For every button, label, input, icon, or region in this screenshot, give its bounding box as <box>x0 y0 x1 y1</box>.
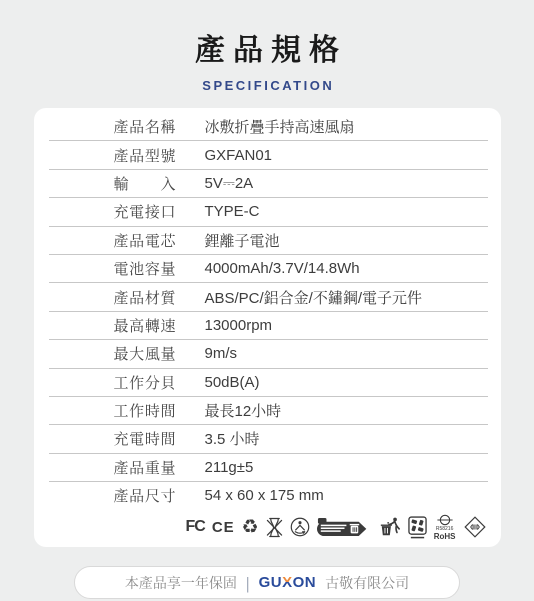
spec-row-model: 產品型號 GXFAN01 <box>49 141 488 169</box>
spec-label: 最大風量 <box>114 343 176 364</box>
warranty-text: 本產品享一年保固 <box>125 573 237 593</box>
brand-on: ON <box>293 574 317 591</box>
rohs-circle-icon <box>436 514 454 526</box>
spec-row-material: 產品材質 ABS/PC/鋁合金/不鏽鋼/電子元件 <box>49 283 488 311</box>
ce-icon: CE <box>212 519 235 536</box>
spec-label: 電池容量 <box>114 258 176 279</box>
rohs-label: RoHS <box>434 533 456 541</box>
footer-divider: | <box>246 573 250 592</box>
spec-label: 充電接口 <box>114 201 176 222</box>
spec-card: 產品名稱 冰敷折疊手持高速風扇 產品型號 GXFAN01 輸 入 5V⎓2A 充… <box>34 108 501 547</box>
triman-icon <box>290 517 310 537</box>
recycle-square-icon <box>408 516 427 539</box>
page-subtitle: SPECIFICATION <box>0 78 534 93</box>
spec-row-charging-port: 充電接口 TYPE-C <box>49 198 488 226</box>
spec-value: 4000mAh/3.7V/14.8Wh <box>205 260 360 277</box>
spec-value: GXFAN01 <box>205 147 273 164</box>
spec-value: 13000rpm <box>205 317 273 334</box>
sorting-info-banner-icon <box>317 518 372 537</box>
spec-row-working-time: 工作時間 最長12小時 <box>49 397 488 425</box>
recycle-icon: ♻ <box>242 518 259 537</box>
fcc-icon: FC <box>186 518 205 536</box>
spec-label: 充電時間 <box>114 428 176 449</box>
spec-label: 產品名稱 <box>114 116 176 137</box>
spec-value: 冰敷折疊手持高速風扇 <box>205 116 355 137</box>
spec-label: 輸 入 <box>114 173 176 194</box>
spec-value: 鋰離子電池 <box>205 230 280 251</box>
company-name: 古敬有限公司 <box>325 573 409 593</box>
spec-value: 最長12小時 <box>205 400 282 421</box>
spec-row-product-name: 產品名稱 冰敷折疊手持高速風扇 <box>49 113 488 141</box>
spec-label: 工作時間 <box>114 400 176 421</box>
spec-row-input: 輸 入 5V⎓2A <box>49 170 488 198</box>
spec-value: TYPE-C <box>205 203 260 220</box>
epup-diamond-icon: III <box>463 515 487 539</box>
crossed-hourglass-icon <box>266 517 283 538</box>
spec-label: 產品電芯 <box>114 230 176 251</box>
spec-value: 5V⎓2A <box>205 175 254 192</box>
brand-logo: GUXON <box>259 574 317 591</box>
spec-value: ABS/PC/鋁合金/不鏽鋼/電子元件 <box>205 287 423 308</box>
spec-value: 3.5 小時 <box>205 428 260 449</box>
spec-label: 工作分貝 <box>114 372 176 393</box>
spec-value: 9m/s <box>205 345 238 362</box>
brand-gu: GU <box>259 574 283 591</box>
spec-value: 211g±5 <box>205 459 254 476</box>
brand-x: X <box>282 574 293 591</box>
rohs-mark: R58216 RoHS <box>434 514 456 541</box>
spec-row-charging-time: 充電時間 3.5 小時 <box>49 425 488 453</box>
svg-text:III: III <box>472 525 478 532</box>
certification-marks-row: FC CE ♻ <box>49 513 487 541</box>
spec-value: 50dB(A) <box>205 374 260 391</box>
spec-row-dimensions: 產品尺寸 54 x 60 x 175 mm <box>49 482 488 509</box>
spec-label: 產品材質 <box>114 287 176 308</box>
tidyman-icon <box>379 517 401 537</box>
spec-row-max-speed: 最高轉速 13000rpm <box>49 312 488 340</box>
spec-label: 產品型號 <box>114 145 176 166</box>
spec-label: 產品重量 <box>114 457 176 478</box>
spec-value: 54 x 60 x 175 mm <box>205 487 324 504</box>
warranty-footer: 本產品享一年保固 | GUXON 古敬有限公司 <box>74 566 460 599</box>
spec-row-noise-level: 工作分貝 50dB(A) <box>49 369 488 397</box>
spec-row-battery-cell: 產品電芯 鋰離子電池 <box>49 227 488 255</box>
spec-label: 最高轉速 <box>114 315 176 336</box>
spec-label: 產品尺寸 <box>114 485 176 506</box>
page-title: 產品規格 <box>0 25 534 69</box>
spec-row-max-airflow: 最大風量 9m/s <box>49 340 488 368</box>
spec-row-weight: 產品重量 211g±5 <box>49 454 488 482</box>
spec-row-battery-capacity: 電池容量 4000mAh/3.7V/14.8Wh <box>49 255 488 283</box>
